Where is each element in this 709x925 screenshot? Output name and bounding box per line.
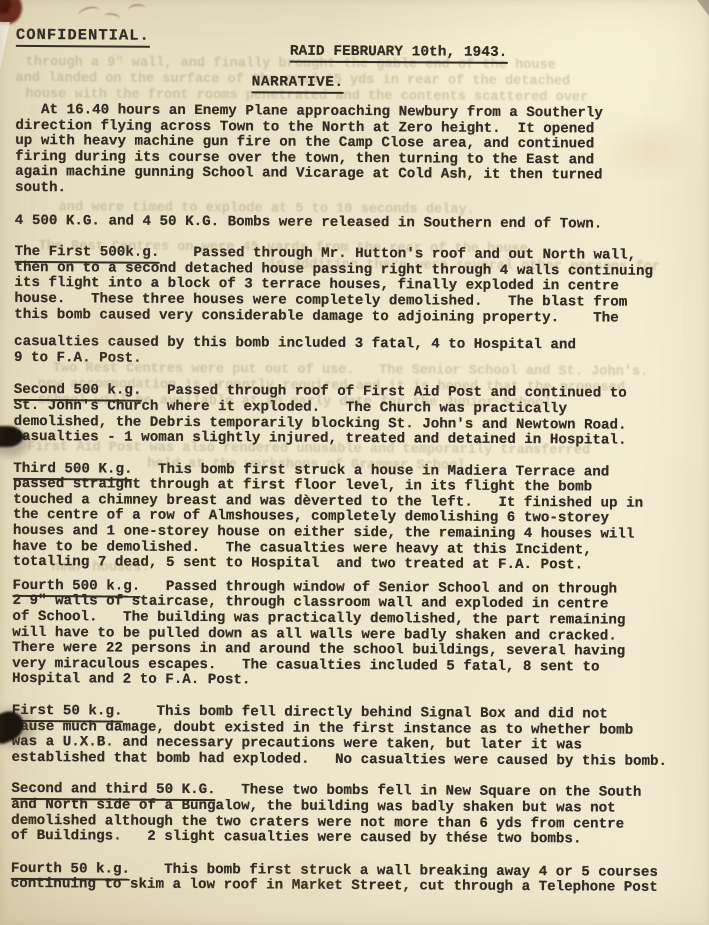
pencil-scribble bbox=[77, 5, 101, 22]
paragraph-intro: At 16.40 hours an Enemy Plane approachin… bbox=[15, 103, 702, 201]
paragraph-first-500-casualties: casualties caused by this bomb included … bbox=[14, 335, 700, 370]
document-header: CONFIDENTIAL. RAID FEBRUARY 10th, 1943. … bbox=[16, 26, 702, 96]
scanned-document-page: { "colors":{ "paper":"#ebe3c7", "ink":"#… bbox=[0, 0, 709, 925]
narrative-paragraphs: At 16.40 hours an Enemy Plane approachin… bbox=[11, 103, 702, 897]
narrative-document: CONFIDENTIAL. RAID FEBRUARY 10th, 1943. … bbox=[11, 26, 702, 897]
text-line: Casualties - 1 woman slightly injured, t… bbox=[13, 430, 699, 450]
paragraph-third-500: Third 500 K.g. This bomb first struck a … bbox=[13, 462, 700, 575]
text-line: established that bomb had exploded. No c… bbox=[11, 751, 697, 771]
text-line: this bomb caused very considerable damag… bbox=[14, 307, 700, 327]
red-ink-stain bbox=[0, 0, 22, 24]
paragraph-fourth-50: Fourth 50 k.g. This bomb first struck a … bbox=[11, 862, 697, 897]
text-line: continuing to skim a low roof in Market … bbox=[11, 877, 697, 897]
page-edge-highlight bbox=[0, 22, 10, 70]
pencil-scribble bbox=[127, 3, 146, 16]
red-ink-stain-core bbox=[0, 0, 11, 14]
paragraph-second-500: Second 500 k.g. Passed through roof of F… bbox=[13, 383, 699, 450]
paragraph-first-500: The First 500k.g. Passed through Mr. Hut… bbox=[14, 245, 700, 327]
text-line: totalling 7 dead, 5 sent to Hospital and… bbox=[13, 555, 699, 575]
page-title: RAID FEBRUARY 10th, 1943. bbox=[290, 44, 508, 64]
section-heading-narrative: NARRATIVE. bbox=[252, 74, 344, 94]
text-line: 9 to F.A. Post. bbox=[14, 351, 700, 371]
paragraph-second-third-50: Second and third 50 K.G. These two bombs… bbox=[11, 782, 697, 849]
page-corner-notch bbox=[697, 0, 709, 16]
classification-stamp: CONFIDENTIAL. bbox=[16, 26, 150, 48]
pencil-scribble bbox=[103, 12, 120, 25]
text-line: 4 500 K.G. and 4 50 K.G. Bombs were rele… bbox=[15, 213, 701, 233]
paragraph-first-50: First 50 k.g. This bomb fell directly be… bbox=[11, 704, 697, 771]
paragraph-released: 4 500 K.G. and 4 50 K.G. Bombs were rele… bbox=[15, 213, 701, 233]
paragraph-fourth-500: Fourth 500 k.g. Passed through window of… bbox=[12, 579, 699, 692]
